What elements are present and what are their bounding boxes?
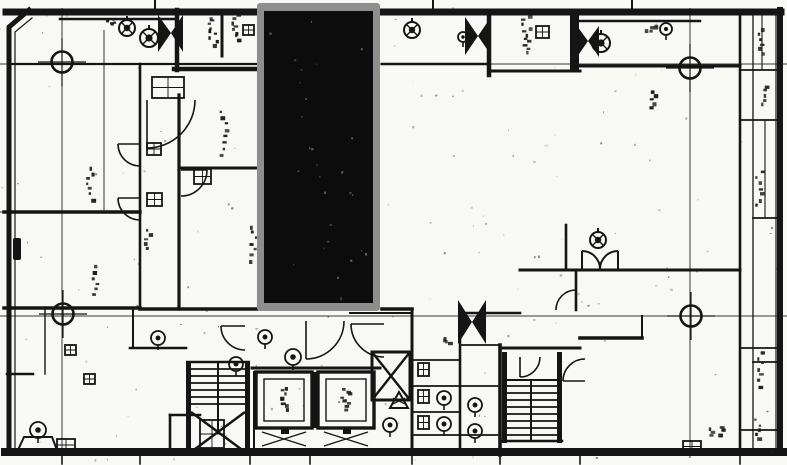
wall-blob	[13, 238, 21, 260]
floor-plan-scan	[0, 0, 787, 465]
floor-plan-page	[0, 0, 787, 465]
paper-background	[0, 0, 787, 465]
redaction-box	[257, 3, 380, 311]
